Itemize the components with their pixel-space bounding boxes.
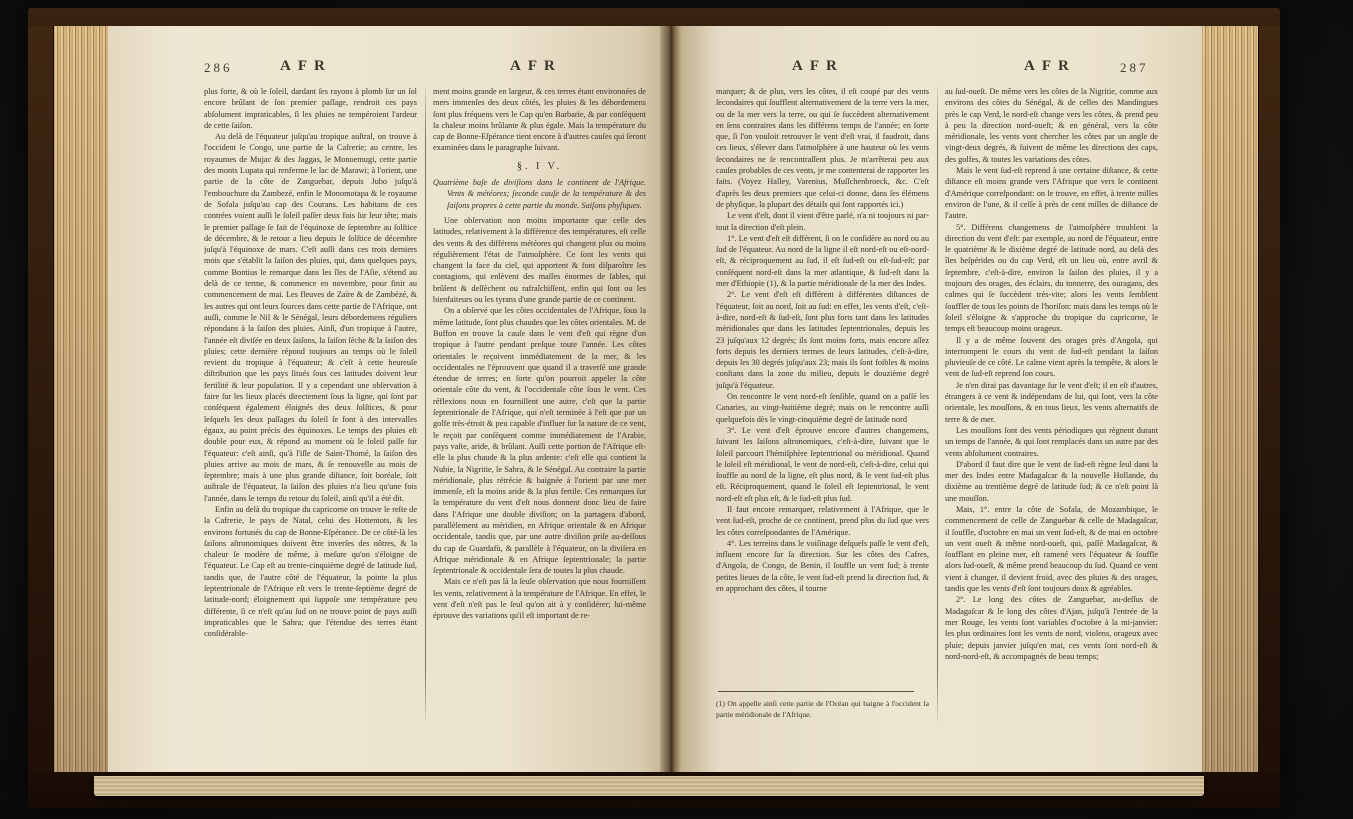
paragraph: 5°. Différens changemens de l'atmoſphère… <box>945 222 1158 335</box>
paragraph: 1°. Le vent d'eſt eſt différent, ſi on l… <box>716 233 929 289</box>
right-page-number: 287 <box>1120 60 1149 76</box>
paragraph: Une obſervation non moins importante que… <box>433 215 646 305</box>
paragraph: Mais, 1°. entre la côte de Sofala, de Mo… <box>945 504 1158 594</box>
paragraph: Je n'en dirai pas davantage ſur le vent … <box>945 380 1158 425</box>
paragraph: On rencontre le vent nord-eſt ſenſible, … <box>716 391 929 425</box>
right-page-header: AFR AFR 287 <box>682 26 1202 86</box>
left-running-title-col1: AFR <box>280 58 332 75</box>
column-divider-rule <box>937 86 938 722</box>
paragraph: On a obſervé que les côtes occidentales … <box>433 305 646 576</box>
paragraph: Mais le vent ſud-eſt reprend à une certa… <box>945 165 1158 221</box>
paragraph: 2°. Le long des côtes de Zanguebar, au-d… <box>945 594 1158 662</box>
right-fore-edge <box>1202 26 1258 772</box>
right-running-title-col2: AFR <box>1024 58 1076 75</box>
paragraph: Les mouſſons ſont des vents périodiques … <box>945 425 1158 459</box>
paragraph: Il faut encore remarquer, relativement à… <box>716 504 929 538</box>
paragraph: 3°. Le vent d'eſt éprouve encore d'autre… <box>716 425 929 504</box>
paragraph: 2°. Le vent d'eſt eſt différent à différ… <box>716 289 929 391</box>
paragraph: Le vent d'eſt, dont il vient d'être parl… <box>716 210 929 233</box>
column-divider-rule <box>425 86 426 722</box>
open-book: 286 AFR AFR plus forte, & où le ſoleil, … <box>28 8 1280 808</box>
left-page-column-1: plus forte, & où le ſoleil, dardant ſes … <box>204 86 417 722</box>
right-page-columns: marquer; & de plus, vers les côtes, il e… <box>682 86 1202 722</box>
paragraph: Enfin au delà du tropique du capricorne … <box>204 504 417 640</box>
paragraph: Mais ce n'eſt pas là la ſeule obſervatio… <box>433 576 646 621</box>
left-page-header: 286 AFR AFR <box>108 26 660 86</box>
left-page: 286 AFR AFR plus forte, & où le ſoleil, … <box>108 26 660 772</box>
bottom-page-stack-edge <box>94 776 1204 796</box>
footnote: (1) On appelle ainſi cette partie de l'O… <box>716 699 929 720</box>
right-running-title-col1: AFR <box>792 58 844 75</box>
right-page-column-2: au ſud-oueſt. De même vers les côtes de … <box>945 86 1158 722</box>
paragraph: 4°. Les terreins dans le voiſinage deſqu… <box>716 538 929 594</box>
left-page-column-2: ment moins grande en largeur, & ces terr… <box>433 86 646 722</box>
paragraph: au ſud-oueſt. De même vers les côtes de … <box>945 86 1158 165</box>
left-running-title-col2: AFR <box>510 58 562 75</box>
left-cover-board <box>28 26 54 772</box>
paragraph: ment moins grande en largeur, & ces terr… <box>433 86 646 154</box>
paragraph: D'abord il faut dire que le vent de ſud-… <box>945 459 1158 504</box>
section-mark: §. I V. <box>433 161 646 172</box>
book-gutter <box>660 26 682 772</box>
paragraph: marquer; & de plus, vers les côtes, il e… <box>716 86 929 210</box>
footnote-rule <box>718 691 914 692</box>
right-page-column-1: marquer; & de plus, vers les côtes, il e… <box>716 86 929 722</box>
right-cover-board <box>1258 26 1280 772</box>
paragraph: plus forte, & où le ſoleil, dardant ſes … <box>204 86 417 131</box>
section-title: Quatrième baſe de diviſions dans le cont… <box>447 177 646 211</box>
photo-background: 286 AFR AFR plus forte, & où le ſoleil, … <box>0 0 1353 819</box>
column-text: marquer; & de plus, vers les côtes, il e… <box>716 86 929 676</box>
paragraph: Il y a de même ſouvent des orages près d… <box>945 335 1158 380</box>
left-page-number: 286 <box>204 60 233 76</box>
left-page-columns: plus forte, & où le ſoleil, dardant ſes … <box>108 86 660 722</box>
right-page: AFR AFR 287 marquer; & de plus, vers les… <box>682 26 1202 772</box>
paragraph: Au delà de l'équateur juſqu'au tropique … <box>204 131 417 504</box>
left-fore-edge <box>54 26 108 772</box>
